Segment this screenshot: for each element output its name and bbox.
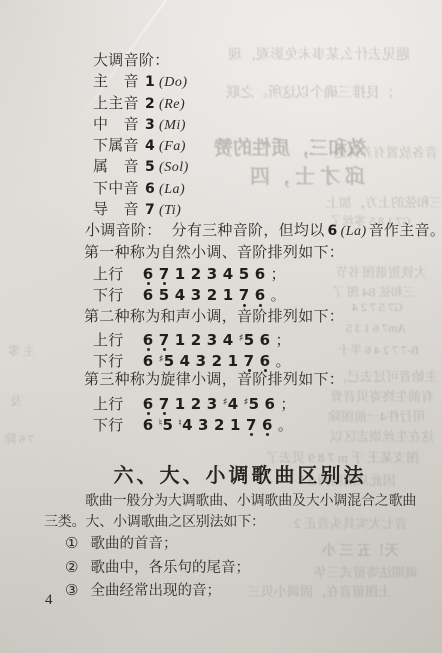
scale-note: 6 <box>255 264 266 285</box>
scale-row-punctuation: ； <box>280 397 295 413</box>
accidental-icon: ♯ <box>239 333 244 344</box>
low-octave-dot <box>259 304 262 307</box>
tone-label: 主 音 <box>93 72 145 93</box>
scale-note: 6 <box>260 351 271 372</box>
minor-intro-text: 分有三种音阶，但均以 <box>172 223 325 239</box>
list-item: ①歌曲的首音； <box>65 533 250 557</box>
bleedthrough-text: 7 6 除 <box>4 430 34 447</box>
scale-note: 7 <box>244 351 255 372</box>
tone-degree: 1 <box>145 74 155 90</box>
tone-degree: 5 <box>145 159 155 175</box>
scale-note: 6 <box>143 351 154 372</box>
scale-row-punctuation: ； <box>276 333 291 349</box>
tone-row: 下中音6(La) <box>44 179 436 200</box>
scale-note: 1 <box>230 415 241 436</box>
item-text: 全曲经常出现的音； <box>90 583 221 599</box>
scale-note: 7 <box>159 330 170 351</box>
item-marker: ① <box>65 536 78 552</box>
scale-note: 6 <box>260 330 271 351</box>
tone-name: (Do) <box>159 75 187 90</box>
bleedthrough-text: 音七大实具头音正 2 <box>294 513 408 532</box>
scale-row: 下行65432176。 <box>44 285 436 306</box>
scale-note: 6 <box>143 394 154 415</box>
scale-row: 下行6♯5432176。 <box>44 349 436 370</box>
scale-note: 7 <box>159 264 170 285</box>
scale-note: 1 <box>175 330 186 351</box>
scale-note: 3 <box>207 394 218 415</box>
scale-row-punctuation: ； <box>271 267 286 283</box>
accidental-icon: ♮ <box>178 418 182 429</box>
scale-note: ♯5 <box>159 349 175 372</box>
bleedthrough-text: 天！五 三 小 <box>322 540 399 560</box>
tone-label: 下中音 <box>93 179 145 200</box>
scale-note: 2 <box>214 415 225 436</box>
scale-note: 1 <box>228 351 239 372</box>
page-number: 4 <box>45 592 53 609</box>
tone-degree: 6 <box>145 181 155 197</box>
item-text: 歌曲中，各乐句的尾音； <box>90 560 250 576</box>
tone-label: 中 音 <box>93 115 145 136</box>
low-octave-dot <box>243 304 246 307</box>
bleedthrough-text: 及 <box>10 392 22 409</box>
tone-row: 主 音1(Do) <box>44 72 436 93</box>
tone-name: (Ti) <box>159 203 181 218</box>
scale-note: ♮4 <box>178 413 193 436</box>
scale-direction-label: 上行 <box>93 397 124 413</box>
minor-scale-kinds: 第一种称为自然小调、音阶排列如下：上行67123456；下行65432176。第… <box>44 243 436 435</box>
minor-kind-caption: 第三种称为旋律小调，音阶排列如下： <box>44 370 436 391</box>
accidental-icon: ♯ <box>223 397 228 408</box>
tone-row: 导 音7(Ti) <box>44 200 436 221</box>
scale-note: 3 <box>198 415 209 436</box>
scale-note: ♯5 <box>239 328 255 351</box>
scale-note: 2 <box>207 285 218 306</box>
scale-note: 3 <box>196 351 207 372</box>
minor-tonic-degree: 6 <box>328 223 338 239</box>
scale-note: 6 <box>143 415 154 436</box>
tone-name: (Fa) <box>159 139 186 154</box>
scale-direction-label: 下行 <box>93 288 124 304</box>
item-marker: ③ <box>65 583 78 599</box>
main-text-block: 大调音阶： 主 音1(Do)上主音2(Re)中 音3(Mi)下属音4(Fa)属 … <box>44 51 436 434</box>
list-item: ②歌曲中，各乐句的尾音； <box>65 557 250 581</box>
minor-intro-lead: 小调音阶： <box>85 223 162 239</box>
scale-note: ♯5 <box>244 392 260 415</box>
scale-note: 5 <box>239 264 250 285</box>
scale-note: 2 <box>191 330 202 351</box>
low-octave-dot <box>248 369 251 372</box>
scale-note: 6 <box>264 394 275 415</box>
low-octave-dot <box>264 369 267 372</box>
minor-kind-caption: 第一种称为自然小调、音阶排列如下： <box>44 243 436 264</box>
accidental-icon: ♮ <box>159 418 163 429</box>
scale-note: 7 <box>159 394 170 415</box>
tone-name: (Mi) <box>159 118 186 133</box>
item-marker: ② <box>65 560 78 576</box>
accidental-icon: ♯ <box>159 354 164 365</box>
tone-label: 上主音 <box>93 94 145 115</box>
tone-table: 主 音1(Do)上主音2(Re)中 音3(Mi)下属音4(Fa)属 音5(Sol… <box>44 72 436 221</box>
scale-direction-label: 下行 <box>93 354 124 370</box>
tone-name: (La) <box>159 182 185 197</box>
tone-degree: 4 <box>145 138 155 154</box>
scale-note: 7 <box>246 415 257 436</box>
scale-note: 3 <box>191 285 202 306</box>
scale-note: ♮5 <box>159 413 174 436</box>
scale-note: 4 <box>180 351 191 372</box>
item-text: 歌曲的首音； <box>90 536 177 552</box>
scale-note: 2 <box>191 264 202 285</box>
tone-degree: 7 <box>145 202 155 218</box>
bleedthrough-text: 主 零 <box>8 342 35 359</box>
scale-row-punctuation: 。 <box>276 354 291 370</box>
low-octave-dot <box>266 433 269 436</box>
tone-name: (Re) <box>159 97 185 112</box>
scale-row: 上行671234♯56； <box>44 328 436 349</box>
scale-direction-label: 上行 <box>93 267 124 283</box>
tone-degree: 3 <box>145 117 155 133</box>
tone-label: 下属音 <box>93 136 145 157</box>
tone-degree: 2 <box>145 96 155 112</box>
scale-note: ♯4 <box>223 392 239 415</box>
minor-scale-intro: 小调音阶：分有三种音阶，但均以6(La)音作主音。 <box>44 221 436 242</box>
scale-note: 4 <box>223 330 234 351</box>
tone-row: 上主音2(Re) <box>44 94 436 115</box>
scanned-book-page: 题见去什么某事未免影观，现；艮排三确个以这所。之联效和三，质性的赞邱 才 士 ，… <box>0 0 442 653</box>
scale-direction-label: 上行 <box>93 333 124 349</box>
major-scale-heading: 大调音阶： <box>44 51 436 72</box>
low-octave-dot <box>250 433 253 436</box>
scale-note: 1 <box>175 264 186 285</box>
scale-note: 1 <box>223 285 234 306</box>
scale-note: 4 <box>175 285 186 306</box>
numbered-list: ①歌曲的首音；②歌曲中，各乐句的尾音；③全曲经常出现的音； <box>65 533 250 604</box>
scale-note: 3 <box>207 330 218 351</box>
tone-row: 属 音5(Sol) <box>44 157 436 178</box>
minor-intro-tail: 音作主音。 <box>369 223 442 239</box>
scale-row-punctuation: 。 <box>278 418 293 434</box>
scale-row-punctuation: 。 <box>271 288 286 304</box>
scale-note: 1 <box>175 394 186 415</box>
scale-note: 2 <box>191 394 202 415</box>
bleedthrough-text: 调期法寄留式三华 <box>314 562 418 581</box>
scale-row: 上行67123456； <box>44 264 436 285</box>
scale-note: 6 <box>255 285 266 306</box>
tone-name: (Sol) <box>159 160 189 175</box>
list-item: ③全曲经常出现的音； <box>65 580 250 604</box>
tone-row: 下属音4(Fa) <box>44 136 436 157</box>
section-heading: 六、大、小调歌曲区别法 <box>0 459 442 488</box>
scale-note: 2 <box>212 351 223 372</box>
scale-direction-label: 下行 <box>93 418 124 434</box>
scale-note: 3 <box>207 264 218 285</box>
accidental-icon: ♯ <box>244 397 249 408</box>
scale-row: 下行6♮5♮432176。 <box>44 413 436 434</box>
tone-row: 中 音3(Mi) <box>44 115 436 136</box>
scale-note: 4 <box>223 264 234 285</box>
paragraph-line-2: 三类。大、小调歌曲之区别法如下： <box>44 511 265 531</box>
major-scale-heading-label: 大调音阶： <box>93 53 170 69</box>
tone-label: 属 音 <box>93 157 145 178</box>
bleedthrough-text: 上图留音在，固调小贝三 <box>248 581 391 600</box>
scale-note: 6 <box>262 415 273 436</box>
scale-note: 6 <box>143 330 154 351</box>
scale-note: 7 <box>239 285 250 306</box>
tone-label: 导 音 <box>93 200 145 221</box>
scale-note: 6 <box>143 285 154 306</box>
scale-row: 上行67123♯4♯56； <box>44 392 436 413</box>
scale-note: 6 <box>143 264 154 285</box>
scale-note: 5 <box>159 285 170 306</box>
minor-kind-caption: 第二种称为和声小调，音阶排列如下： <box>44 307 436 328</box>
minor-tonic-name: (La) <box>341 224 367 239</box>
paragraph-line-1: 歌曲一般分为大调歌曲、小调歌曲及大小调混合之歌曲 <box>85 490 416 510</box>
